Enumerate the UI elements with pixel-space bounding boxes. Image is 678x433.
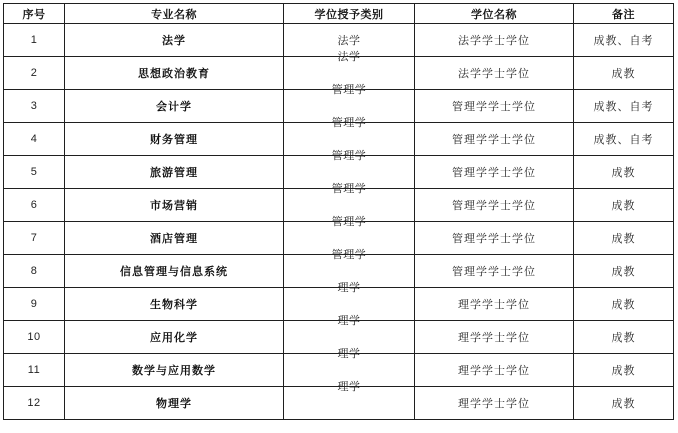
degree-category-text: 管理学 xyxy=(332,84,367,96)
cell-serial: 11 xyxy=(4,354,65,387)
cell-serial: 7 xyxy=(4,222,65,255)
cell-remark: 成教 xyxy=(574,321,674,354)
table-row: 12物理学理学理学学士学位成教 xyxy=(4,387,674,420)
cell-remark: 成教、自考 xyxy=(574,24,674,57)
cell-major-name: 物理学 xyxy=(65,387,284,420)
cell-degree-name: 管理学学士学位 xyxy=(415,222,574,255)
column-header-remark: 备注 xyxy=(574,4,674,24)
cell-remark: 成教 xyxy=(574,57,674,90)
cell-degree-category: 理学 xyxy=(284,387,415,420)
cell-major-name: 会计学 xyxy=(65,90,284,123)
cell-remark: 成教 xyxy=(574,255,674,288)
cell-serial: 5 xyxy=(4,156,65,189)
cell-major-name: 法学 xyxy=(65,24,284,57)
cell-degree-name: 理学学士学位 xyxy=(415,387,574,420)
cell-serial: 12 xyxy=(4,387,65,420)
cell-degree-name: 理学学士学位 xyxy=(415,354,574,387)
cell-serial: 9 xyxy=(4,288,65,321)
cell-degree-name: 法学学士学位 xyxy=(415,57,574,90)
cell-degree-name: 管理学学士学位 xyxy=(415,156,574,189)
cell-degree-name: 管理学学士学位 xyxy=(415,255,574,288)
cell-remark: 成教 xyxy=(574,156,674,189)
degree-category-text: 管理学 xyxy=(332,216,367,228)
cell-remark: 成教 xyxy=(574,222,674,255)
degree-category-text: 管理学 xyxy=(332,117,367,129)
cell-major-name: 信息管理与信息系统 xyxy=(65,255,284,288)
cell-major-name: 酒店管理 xyxy=(65,222,284,255)
degree-category-text: 理学 xyxy=(338,348,361,360)
degree-category-text: 管理学 xyxy=(332,183,367,195)
cell-major-name: 财务管理 xyxy=(65,123,284,156)
column-header-serial: 序号 xyxy=(4,4,65,24)
cell-serial: 8 xyxy=(4,255,65,288)
page: 序号 专业名称 学位授予类别 学位名称 备注 1法学法学法学学士学位成教、自考2… xyxy=(0,0,678,433)
cell-major-name: 生物科学 xyxy=(65,288,284,321)
cell-serial: 3 xyxy=(4,90,65,123)
column-header-degree-category: 学位授予类别 xyxy=(284,4,415,24)
degree-category-text: 理学 xyxy=(338,381,361,393)
cell-serial: 2 xyxy=(4,57,65,90)
cell-degree-name: 管理学学士学位 xyxy=(415,90,574,123)
cell-serial: 4 xyxy=(4,123,65,156)
cell-major-name: 应用化学 xyxy=(65,321,284,354)
column-header-major-name: 专业名称 xyxy=(65,4,284,24)
degree-category-text: 法学 xyxy=(338,51,361,63)
header-row: 序号 专业名称 学位授予类别 学位名称 备注 xyxy=(4,4,674,24)
degree-category-text: 管理学 xyxy=(332,249,367,261)
cell-degree-name: 法学学士学位 xyxy=(415,24,574,57)
cell-major-name: 旅游管理 xyxy=(65,156,284,189)
degree-category-text: 理学 xyxy=(338,315,361,327)
degree-table: 序号 专业名称 学位授予类别 学位名称 备注 1法学法学法学学士学位成教、自考2… xyxy=(3,3,674,420)
cell-degree-name: 理学学士学位 xyxy=(415,288,574,321)
cell-remark: 成教、自考 xyxy=(574,90,674,123)
cell-serial: 10 xyxy=(4,321,65,354)
degree-category-text: 管理学 xyxy=(332,150,367,162)
cell-serial: 6 xyxy=(4,189,65,222)
cell-degree-name: 理学学士学位 xyxy=(415,321,574,354)
cell-major-name: 数学与应用数学 xyxy=(65,354,284,387)
cell-degree-name: 管理学学士学位 xyxy=(415,189,574,222)
degree-category-text: 理学 xyxy=(338,282,361,294)
cell-major-name: 思想政治教育 xyxy=(65,57,284,90)
cell-remark: 成教 xyxy=(574,288,674,321)
cell-remark: 成教 xyxy=(574,387,674,420)
cell-remark: 成教、自考 xyxy=(574,123,674,156)
cell-remark: 成教 xyxy=(574,354,674,387)
cell-degree-name: 管理学学士学位 xyxy=(415,123,574,156)
cell-major-name: 市场营销 xyxy=(65,189,284,222)
cell-serial: 1 xyxy=(4,24,65,57)
degree-category-text: 法学 xyxy=(338,35,361,47)
cell-remark: 成教 xyxy=(574,189,674,222)
column-header-degree-name: 学位名称 xyxy=(415,4,574,24)
